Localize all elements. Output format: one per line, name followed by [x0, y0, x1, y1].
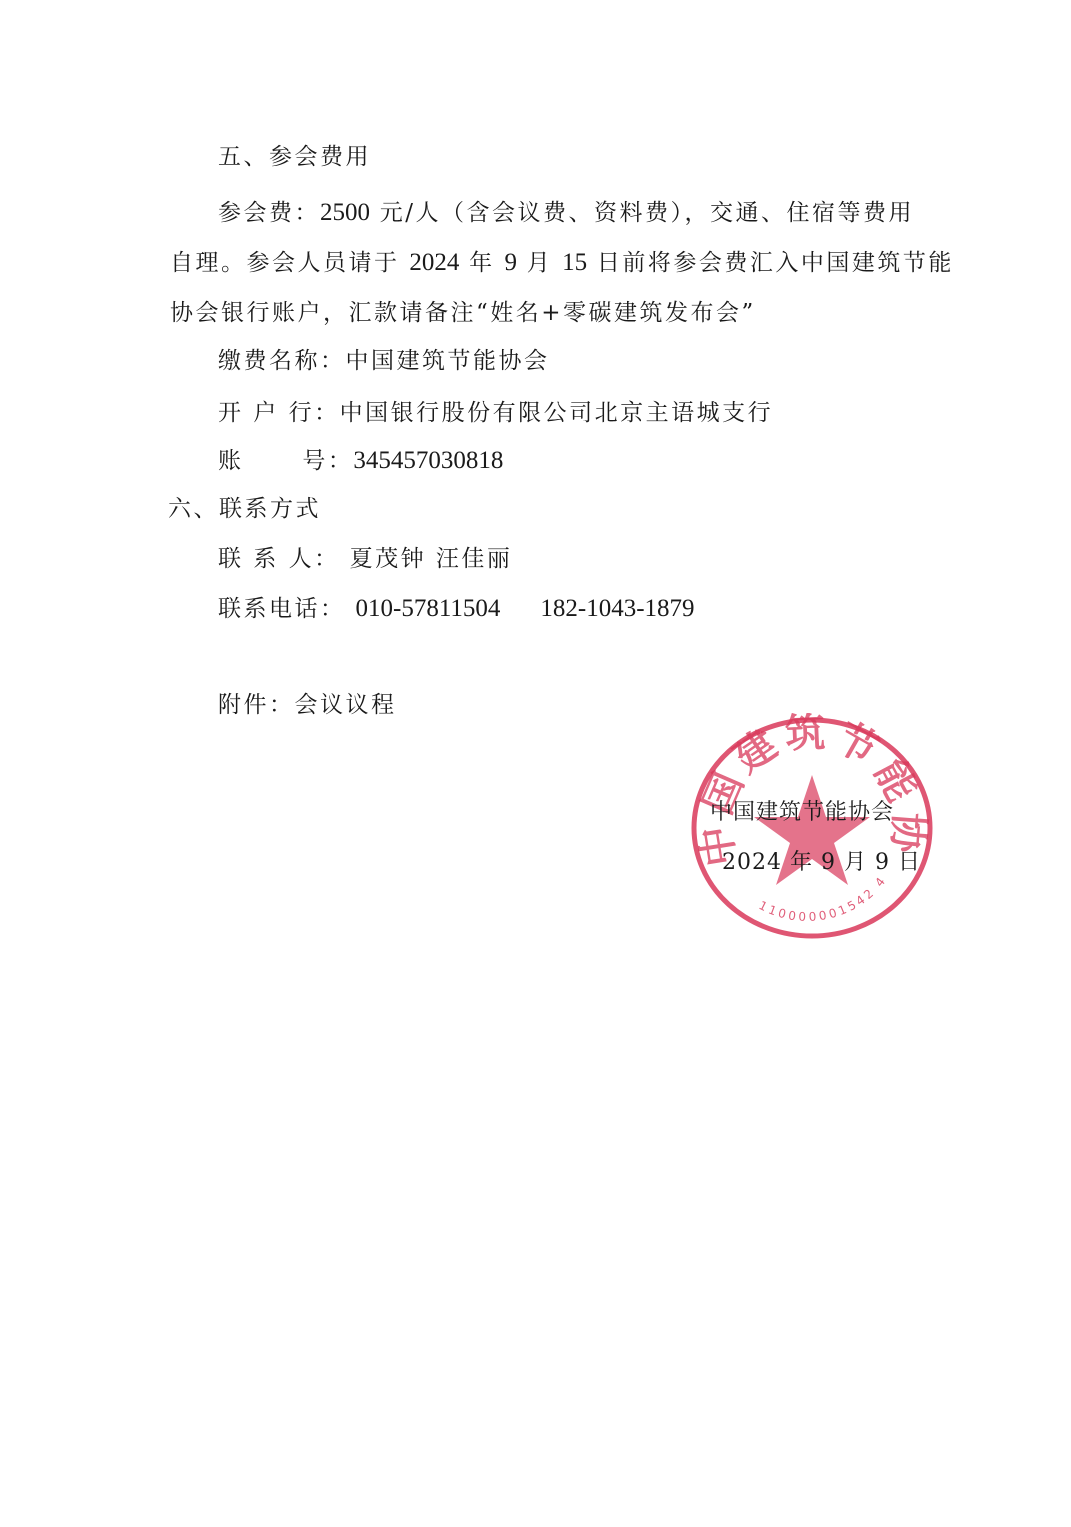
attachment-value: 会议议程 — [295, 692, 397, 718]
fee-paragraph-line2: 自理。参会人员请于 2024 年 9 月 15 日前将参会费汇入中国建筑节能 — [170, 248, 954, 278]
bank-row: 开 户 行：中国银行股份有限公司北京主语城支行 — [218, 398, 773, 428]
phone-label: 联系电话： — [218, 596, 346, 622]
fee-detail: 元/人（含会议费、资料费），交通、住宿等费用 — [370, 200, 914, 226]
attachment-label: 附件： — [218, 692, 295, 718]
signature-org: 中国建筑节能协会 — [710, 795, 894, 826]
fee-label: 参会费： — [218, 200, 320, 226]
contact-row: 联 系 人：夏茂钟 汪佳丽 — [218, 544, 512, 574]
account-row: 账 号：345457030818 — [218, 446, 503, 476]
fee-paragraph-line1: 参会费：2500 元/人（含会议费、资料费），交通、住宿等费用 — [218, 198, 914, 228]
account-value: 345457030818 — [353, 447, 503, 474]
section5-heading: 五、参会费用 — [218, 142, 371, 172]
svg-text:110000001542 4: 110000001542 4 — [756, 873, 889, 925]
phone-row: 联系电话：010-57811504182-1043-1879 — [218, 594, 695, 624]
fee-amount: 2500 — [320, 199, 370, 226]
text: 日前将参会费汇入中国建筑节能 — [587, 250, 954, 276]
payee-value: 中国建筑节能协会 — [346, 348, 550, 374]
attachment-row: 附件：会议议程 — [218, 690, 397, 720]
section6-heading: 六、联系方式 — [168, 494, 321, 524]
official-seal-icon: 中国建筑节能协会 110000001542 4 — [688, 713, 936, 943]
deadline-day: 15 — [562, 249, 587, 276]
account-label: 账 号： — [218, 448, 353, 474]
signature-date: 2024 年 9 月 9 日 — [722, 845, 921, 876]
bank-value: 中国银行股份有限公司北京主语城支行 — [340, 400, 774, 426]
payee-label: 缴费名称： — [218, 348, 346, 374]
phone-1: 010-57811504 — [356, 595, 501, 622]
contact-label: 联 系 人： — [218, 546, 340, 572]
fee-paragraph-line3: 协会银行账户，汇款请备注“姓名+零碳建筑发布会” — [170, 298, 756, 328]
text: 自理。参会人员请于 — [170, 250, 409, 276]
text: 月 — [517, 250, 562, 276]
deadline-year: 2024 — [409, 249, 459, 276]
bank-label: 开 户 行： — [218, 400, 340, 426]
payee-row: 缴费名称：中国建筑节能协会 — [218, 346, 550, 376]
phone-2: 182-1043-1879 — [540, 595, 694, 622]
contact-value: 夏茂钟 汪佳丽 — [350, 546, 513, 572]
text: 年 — [459, 250, 504, 276]
deadline-month: 9 — [504, 249, 517, 276]
